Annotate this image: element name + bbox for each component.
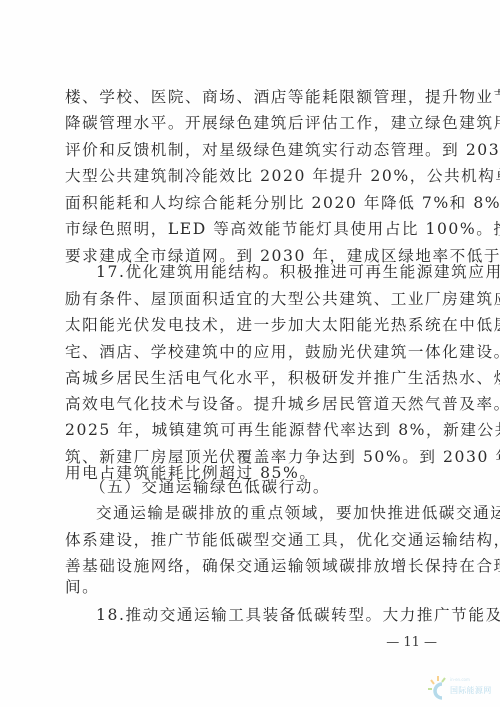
watermark-logo: in-en.com 国际能源网 bbox=[428, 674, 498, 702]
paragraph-line: 评价和反馈机制，对星级绿色建筑实行动态管理。到 2030 年， bbox=[65, 140, 435, 160]
paragraph-line: 降碳管理水平。开展绿色建筑后评估工作，建立绿色建筑用户 bbox=[65, 113, 435, 133]
watermark-brand: 国际能源网 bbox=[450, 685, 492, 696]
section-17-heading-line: 17.优化建筑用能结构。积极推进可再生能源建筑应用，鼓 bbox=[96, 262, 435, 282]
sun-logo-icon bbox=[428, 674, 450, 702]
paragraph-line: 高城乡居民生活电气化水平，积极研发并推广生活热水、炊事 bbox=[65, 368, 435, 388]
paragraph-line: 面积能耗和人均综合能耗分别比 2020 年降低 7%和 8%。推进城 bbox=[65, 193, 435, 213]
paragraph-line: 励有条件、屋顶面积适宜的大型公共建筑、工业厂房建筑应用 bbox=[65, 289, 435, 309]
paragraph-line: 间。 bbox=[65, 577, 435, 597]
paragraph-line: 大型公共建筑制冷能效比 2020 年提升 20%，公共机构单位建筑 bbox=[65, 166, 435, 186]
watermark-url: in-en.com bbox=[450, 677, 470, 682]
page-number: — 11 — bbox=[385, 634, 437, 652]
paragraph-line: 交通运输是碳排放的重点领域，要加快推进低碳交通运输 bbox=[96, 503, 435, 523]
paragraph-line: 体系建设，推广节能低碳型交通工具，优化交通运输结构，完 bbox=[65, 530, 435, 550]
paragraph-line: 太阳能光伏发电技术，进一步加大太阳能光热系统在中低层住 bbox=[65, 315, 435, 335]
paragraph-line: 善基础设施网络，确保交通运输领域碳排放增长保持在合理区 bbox=[65, 556, 435, 576]
section-five-heading: （五）交通运输绿色低碳行动。 bbox=[90, 477, 429, 497]
paragraph-line: 2025 年，城镇建筑可再生能源替代率达到 8%，新建公共机构建 bbox=[65, 420, 435, 440]
section-18-heading-line: 18.推动交通运输工具装备低碳转型。大力推广节能及新能 bbox=[96, 605, 435, 625]
document-page: 楼、学校、医院、商场、酒店等能耗限额管理，提升物业节能 降碳管理水平。开展绿色建… bbox=[0, 0, 500, 707]
paragraph-line: 市绿色照明，LED 等高效能节能灯具使用占比 100%。按省规划 bbox=[65, 219, 435, 239]
paragraph-line: 宅、酒店、学校建筑中的应用，鼓励光伏建筑一体化建设。提 bbox=[65, 342, 435, 362]
paragraph-line: 楼、学校、医院、商场、酒店等能耗限额管理，提升物业节能 bbox=[65, 87, 435, 107]
paragraph-line: 高效电气化技术与设备。提升城乡居民管道天然气普及率。到 bbox=[65, 394, 435, 414]
